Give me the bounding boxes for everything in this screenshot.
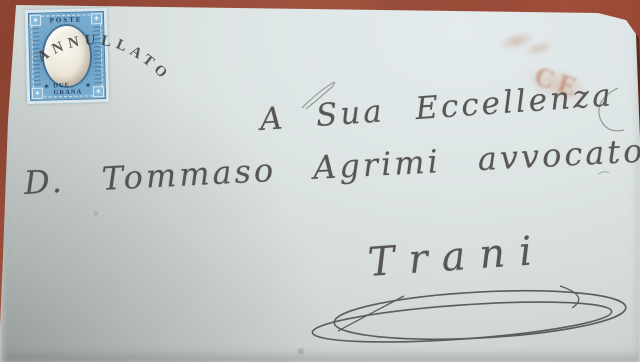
photo-of-postal-cover: ✶ ✶ ✶ ✶ POSTE ✶ DUE GRANA ✶ CE A Sua Ecc… (0, 0, 640, 362)
pencil-mark (302, 82, 335, 109)
annullato-cancel-mark: ANNULLATO (35, 32, 174, 84)
stray-pen-tick (598, 172, 609, 174)
ink-marks-layer: ANNULLATO (0, 0, 640, 362)
stray-pen-stroke (599, 88, 624, 131)
flourish-underline (311, 284, 627, 349)
